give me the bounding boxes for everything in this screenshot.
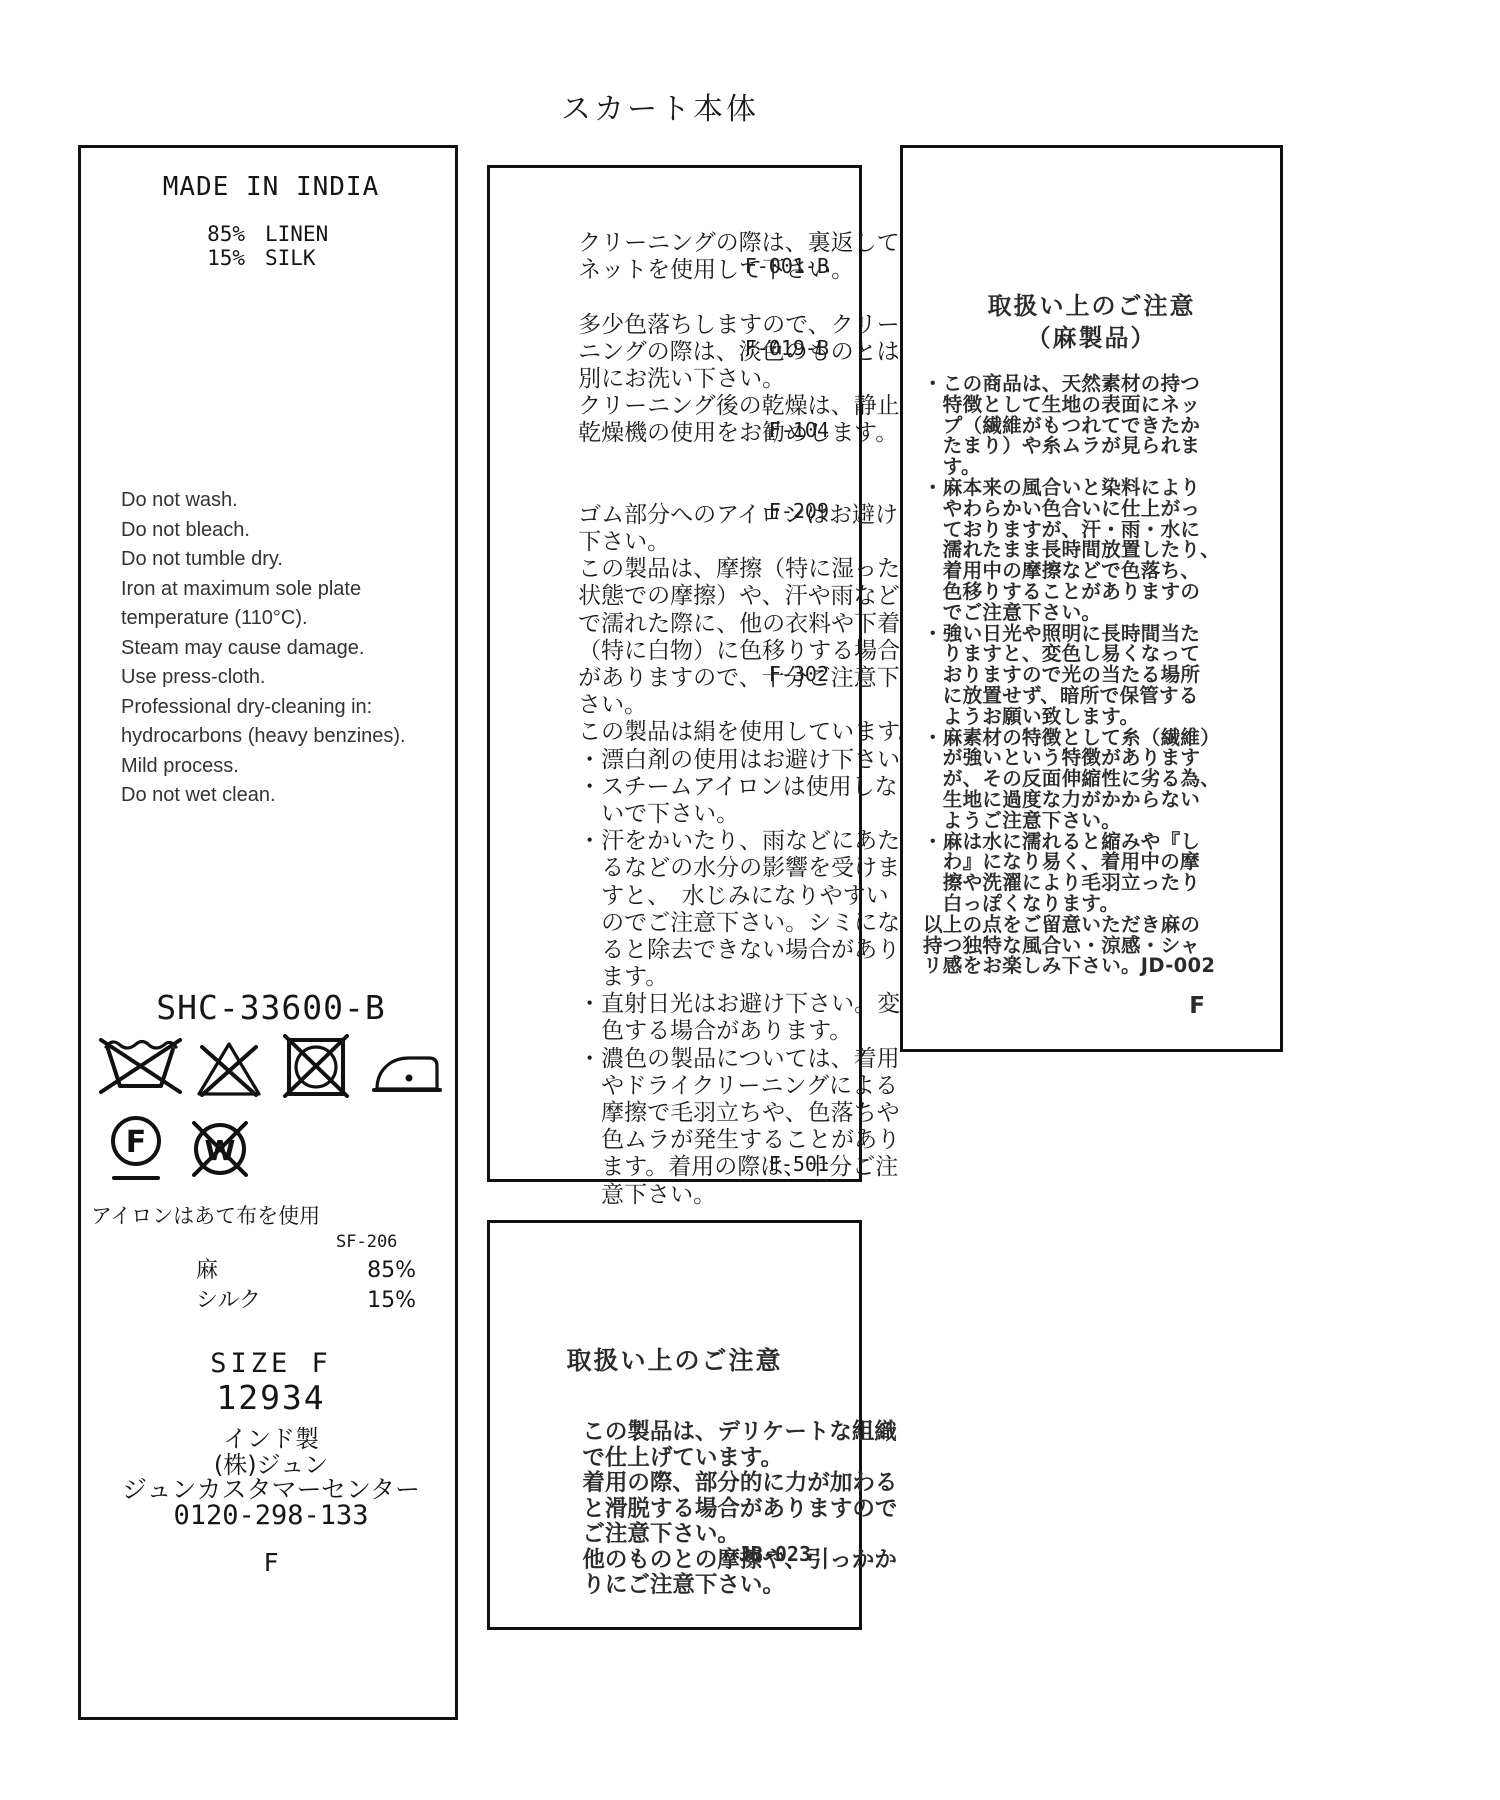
svg-text:F: F: [126, 1125, 147, 1160]
note-code: F-019-B: [745, 336, 829, 360]
cleaning-note-line: のでご注意下さい。シミにな: [505, 878, 843, 905]
linen-note-line: が強いという特徴があります: [923, 742, 1220, 763]
note-text: 意下さい。: [578, 1182, 716, 1208]
care-instruction-line: Do not wet clean.: [121, 781, 406, 811]
do-not-wet-clean-icon: W: [185, 1114, 255, 1184]
cleaning-note-line: やドライクリーニングによる: [505, 1041, 843, 1068]
delicate-note-line: 着用の際、部分的に力が加わる: [504, 1439, 851, 1465]
cleaning-note-line: [505, 443, 843, 470]
cleaning-notes-body: クリーニングの際は、裏返して ネットを使用して下さい。 F-001-B 多少色落…: [505, 198, 843, 1177]
composition-jp-row: シルク 15%: [196, 1286, 416, 1316]
iron-low-temperature-icon: [367, 1044, 447, 1100]
cleaning-note-line: 下さい。 F-209: [505, 497, 843, 524]
composition-jp: 麻 85% シルク 15%: [196, 1256, 416, 1316]
linen-note-line: 持つ独特な風合い・涼感・シャ: [923, 930, 1220, 951]
linen-note-line: プ（繊維がもつれてできたか: [923, 410, 1220, 431]
care-instruction-line: hydrocarbons (heavy benzines).: [121, 722, 406, 752]
cleaning-note-line: F-001-B: [505, 252, 843, 279]
composition-en-row: 15% SILK: [131, 246, 411, 270]
cleaning-note-line: 多少色落ちしますので、クリー: [505, 280, 843, 307]
linen-note-line: ・麻素材の特徴として糸（繊維）: [923, 722, 1220, 743]
cleaning-note-line: ると除去できない場合があり: [505, 905, 843, 932]
phone-number: 0120-298-133: [131, 1500, 411, 1531]
main-care-label: MADE IN INDIA 85% LINEN 15% SILK Do not …: [78, 145, 458, 1720]
linen-note-line: ・強い日光や照明に長時間当た: [923, 618, 1220, 639]
cleaning-note-line: ゴム部分へのアイロンはお避け: [505, 470, 843, 497]
sheet-title: スカート本体: [410, 84, 910, 128]
cleaning-note-line: クリーニング後の乾燥は、静止: [505, 361, 843, 388]
cleaning-note-line: ・直射日光はお避け下さい。変: [505, 959, 843, 986]
composition-percent-jp: 85%: [367, 1256, 416, 1286]
delicate-note-line: りにご注意下さい。 JB-023: [504, 1541, 851, 1567]
delicate-precautions-label: 取扱い上のご注意 この製品は、デリケートな組織 で仕上げています。 着用の際、部…: [487, 1220, 862, 1630]
cleaning-note-line: るなどの水分の影響を受けま: [505, 823, 843, 850]
sf-code: SF-206: [336, 1232, 397, 1252]
linen-note-line: やわらかい色合いに仕上がっ: [923, 493, 1220, 514]
care-instruction-line: Use press-cloth.: [121, 663, 406, 693]
linen-panel-body: ・この商品は、天然素材の持つ 特徴として生地の表面にネッ プ（繊維がもつれてでき…: [923, 368, 1220, 971]
made-in-line: MADE IN INDIA: [131, 172, 411, 202]
linen-note-line: おりますので光の当たる場所: [923, 659, 1220, 680]
care-instruction-line: Mild process.: [121, 752, 406, 782]
cleaning-note-line: 乾燥機の使用をお勧めします。: [505, 388, 843, 415]
linen-note-line: たまり）や糸ムラが見られま: [923, 430, 1220, 451]
composition-fiber-jp: シルク: [196, 1286, 261, 1316]
care-instruction-line: Do not tumble dry.: [121, 545, 406, 575]
linen-note-line: 以上の点をご留意いただき麻の: [923, 909, 1220, 930]
composition-percent-jp: 15%: [367, 1286, 416, 1316]
dry-clean-petroleum-mild-icon: F: [107, 1114, 165, 1184]
linen-note-line: ・この商品は、天然素材の持つ: [923, 368, 1220, 389]
item-code: 12934: [131, 1378, 411, 1417]
cleaning-note-line: ・スチームアイロンは使用しな: [505, 742, 843, 769]
composition-percent: 85%: [197, 222, 245, 246]
cleaning-notes-label: クリーニングの際は、裏返して ネットを使用して下さい。 F-001-B 多少色落…: [487, 165, 862, 1182]
cleaning-note-line: この製品は、摩擦（特に湿った: [505, 524, 843, 551]
linen-note-line: りますと、変色し易くなって: [923, 638, 1220, 659]
composition-fiber-jp: 麻: [196, 1256, 218, 1286]
delicate-panel-title: 取扱い上のご注意: [490, 1341, 859, 1377]
cleaning-note-line: 摩擦で毛羽立ちや、色落ちや: [505, 1068, 843, 1095]
cleaning-note-line: ニングの際は、淡色のものとは: [505, 307, 843, 334]
composition-jp-row: 麻 85%: [196, 1256, 416, 1286]
composition-en: 85% LINEN 15% SILK: [131, 222, 411, 270]
cleaning-note-line: 別にお洗い下さい。 F-019-B: [505, 334, 843, 361]
note-code: F-209: [769, 499, 829, 523]
cleaning-note-line: ・汗をかいたり、雨などにあた: [505, 796, 843, 823]
cleaning-note-line: さい。 F-302: [505, 660, 843, 687]
linen-precautions-label: 取扱い上のご注意 （麻製品） ・この商品は、天然素材の持つ 特徴として生地の表面…: [900, 145, 1283, 1052]
cleaning-note-line: F-104: [505, 416, 843, 443]
cleaning-note-line: 色する場合があります。: [505, 986, 843, 1013]
delicate-note-line: 他のものとの摩擦や、引っかか: [504, 1516, 851, 1542]
note-text: りにご注意下さい。: [582, 1572, 785, 1598]
cleaning-note-line: すと、 水じみになりやすい: [505, 851, 843, 878]
cleaning-note-line: 意下さい。 F-501: [505, 1150, 843, 1177]
do-not-tumble-dry-icon: [281, 1032, 351, 1100]
size-label: SIZE F: [131, 1348, 411, 1379]
care-instruction-line: Do not wash.: [121, 486, 406, 516]
delicate-note-line: で仕上げています。: [504, 1414, 851, 1440]
linen-note-line: 擦や洗濯により毛羽立ったり: [923, 867, 1220, 888]
care-instruction-line: Iron at maximum sole plate: [121, 575, 406, 605]
linen-note-line: 着用中の摩擦などで色落ち、: [923, 555, 1220, 576]
linen-note-line: ておりますが、汗・雨・水に: [923, 514, 1220, 535]
note-code: F-104: [769, 418, 829, 442]
iron-press-cloth-note: アイロンはあて布を使用: [91, 1200, 320, 1230]
linen-note-line: リ感をお楽しみ下さい。JD-002: [923, 950, 1220, 971]
size-mark: F: [131, 1548, 411, 1577]
linen-note-line: 生地に過度な力がかからない: [923, 784, 1220, 805]
note-code: F-302: [769, 662, 829, 686]
care-instruction-line: temperature (110°C).: [121, 604, 406, 634]
composition-en-row: 85% LINEN: [131, 222, 411, 246]
composition-fiber: SILK: [265, 246, 345, 270]
cleaning-note-line: で濡れた際に、他の衣料や下着: [505, 579, 843, 606]
linen-panel-subtitle: （麻製品）: [903, 318, 1280, 353]
cleaning-note-line: がありますので、十分ご注意下: [505, 633, 843, 660]
composition-percent: 15%: [197, 246, 245, 270]
care-instructions-en: Do not wash.Do not bleach.Do not tumble …: [121, 486, 406, 811]
linen-note-line: わ』になり易く、着用中の摩: [923, 846, 1220, 867]
linen-panel-title: 取扱い上のご注意: [903, 286, 1280, 321]
note-code: F-501: [769, 1152, 829, 1176]
care-instruction-line: Steam may cause damage.: [121, 634, 406, 664]
linen-note-line: 色移りすることがありますの: [923, 576, 1220, 597]
note-code: F-001-B: [745, 254, 829, 278]
linen-note-line: に放置せず、暗所で保管する: [923, 680, 1220, 701]
cleaning-note-line: この製品は絹を使用しています。: [505, 687, 843, 714]
care-instruction-line: Professional dry-cleaning in:: [121, 693, 406, 723]
cleaning-note-line: ・濃色の製品については、着用: [505, 1014, 843, 1041]
cleaning-note-line: いで下さい。: [505, 769, 843, 796]
cleaning-note-line: ネットを使用して下さい。: [505, 225, 843, 252]
linen-note-line: ・麻は水に濡れると縮みや『し: [923, 826, 1220, 847]
cleaning-note-line: ・漂白剤の使用はお避け下さい。: [505, 715, 843, 742]
linen-note-line: ・麻本来の風合いと染料により: [923, 472, 1220, 493]
cleaning-note-line: （特に白物）に色移りする場合: [505, 606, 843, 633]
note-code: JB-023: [739, 1542, 811, 1566]
cleaning-note-line: 状態での摩擦）や、汗や雨など: [505, 551, 843, 578]
linen-note-line: 濡れたまま長時間放置したり、: [923, 534, 1220, 555]
do-not-bleach-icon: [193, 1038, 265, 1100]
linen-note-line: 特徴として生地の表面にネッ: [923, 389, 1220, 410]
style-code: SHC-33600-B: [131, 988, 411, 1027]
delicate-panel-body: この製品は、デリケートな組織 で仕上げています。 着用の際、部分的に力が加わる …: [504, 1388, 851, 1567]
linen-note-line: が、その反面伸縮性に劣る為、: [923, 763, 1220, 784]
delicate-note-line: と滑脱する場合がありますので: [504, 1465, 851, 1491]
composition-fiber: LINEN: [265, 222, 345, 246]
delicate-note-line: ご注意下さい。: [504, 1490, 851, 1516]
delicate-note-line: この製品は、デリケートな組織: [504, 1388, 851, 1414]
do-not-wash-icon: [95, 1034, 187, 1098]
linen-size-mark: F: [1189, 993, 1205, 1019]
cleaning-note-line: 色ムラが発生することがあり: [505, 1095, 843, 1122]
cleaning-note-line: ます。: [505, 932, 843, 959]
cleaning-note-line: ます。着用の際は、十分ご注: [505, 1122, 843, 1149]
cleaning-note-line: クリーニングの際は、裏返して: [505, 198, 843, 225]
care-instruction-line: Do not bleach.: [121, 516, 406, 546]
